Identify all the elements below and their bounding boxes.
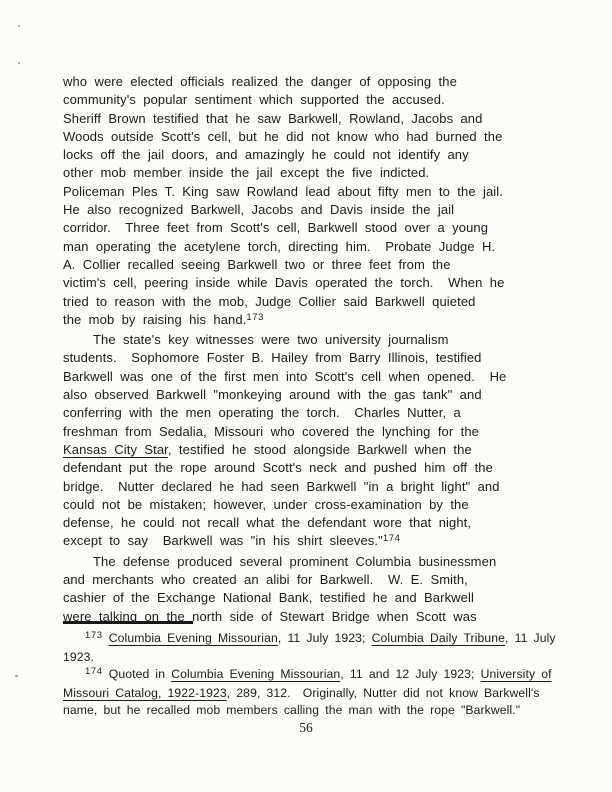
body-line: except to say Barkwell was "in his shirt… <box>63 532 583 552</box>
body-line: Sheriff Brown testified that he saw Bark… <box>63 110 583 128</box>
text-run: A. Collier recalled seeing Barkwell two … <box>63 257 451 272</box>
text-run: also observed Barkwell "monkeying around… <box>63 387 482 402</box>
body-line: the mob by raising his hand.173 <box>63 311 583 331</box>
underlined-title: Kansas City Star <box>63 442 168 457</box>
footnote-line: Missouri Catalog, 1922-1923, 289, 312. O… <box>63 685 573 703</box>
footnotes: 173 Columbia Evening Missourian, 11 July… <box>63 630 573 720</box>
underlined-title: Columbia Evening Missourian <box>109 631 278 645</box>
text-run: , 11 July 1923; <box>278 631 372 645</box>
text-run: Woods outside Scott's cell, but he did n… <box>63 129 502 144</box>
text-run: and merchants who created an alibi for B… <box>63 572 468 587</box>
text-run: name, but he recalled mob members callin… <box>63 703 520 717</box>
superscript-number: 174 <box>383 533 401 544</box>
underlined-title: Columbia Evening Missourian <box>171 667 340 681</box>
body-line: tried to reason with the mob, Judge Coll… <box>63 293 583 311</box>
text-run: victim's cell, peering inside while Davi… <box>63 275 504 290</box>
footnote-line: 174 Quoted in Columbia Evening Missouria… <box>63 666 573 685</box>
underlined-title: Columbia Daily Tribune <box>372 631 505 645</box>
body-line: students. Sophomore Foster B. Hailey fro… <box>63 349 583 367</box>
text-run: , testified he stood alongside Barkwell … <box>168 442 472 457</box>
body-line: who were elected officials realized the … <box>63 73 583 91</box>
body-line: also observed Barkwell "monkeying around… <box>63 386 583 404</box>
text-run: The state's key witnesses were two unive… <box>93 332 449 347</box>
text-run: Sheriff Brown testified that he saw Bark… <box>63 111 482 126</box>
text-run: students. Sophomore Foster B. Hailey fro… <box>63 350 482 365</box>
text-run: tried to reason with the mob, Judge Coll… <box>63 294 475 309</box>
body-line: Woods outside Scott's cell, but he did n… <box>63 128 583 146</box>
footnote-line: 1923. <box>63 649 573 667</box>
text-run: conferring with the men operating the to… <box>63 405 461 420</box>
underlined-title: Missouri Catalog, 1922-1923 <box>63 686 227 700</box>
text-run: , 11 July <box>505 631 556 645</box>
text-run: 1923. <box>63 650 94 664</box>
superscript-number: 173 <box>85 630 103 641</box>
text-run: , 289, 312. Originally, Nutter did not k… <box>227 686 540 700</box>
body-line: corridor. Three feet from Scott's cell, … <box>63 219 583 237</box>
text-run: the mob by raising his hand. <box>63 312 246 327</box>
text-run: man operating the acetylene torch, direc… <box>63 239 495 254</box>
text-run: locks off the jail doors, and amazingly … <box>63 147 469 162</box>
body-line: locks off the jail doors, and amazingly … <box>63 146 583 164</box>
text-run: The defense produced several prominent C… <box>93 554 496 569</box>
text-run: cashier of the Exchange National Bank, t… <box>63 590 474 605</box>
text-run: other mob member inside the jail except … <box>63 165 429 180</box>
footnote-line: 173 Columbia Evening Missourian, 11 July… <box>63 630 573 649</box>
text-run: who were elected officials realized the … <box>63 74 457 89</box>
body-line: The defense produced several prominent C… <box>63 553 583 571</box>
body-line: defense, he could not recall what the de… <box>63 514 583 532</box>
body-text: who were elected officials realized the … <box>63 73 583 626</box>
text-run: He also recognized Barkwell, Jacobs and … <box>63 202 454 217</box>
body-line: bridge. Nutter declared he had seen Bark… <box>63 478 583 496</box>
body-line: Kansas City Star, testified he stood alo… <box>63 441 583 459</box>
body-line: conferring with the men operating the to… <box>63 404 583 422</box>
body-line: could not be mistaken; however, under cr… <box>63 496 583 514</box>
body-line: Barkwell was one of the first men into S… <box>63 368 583 386</box>
text-run: except to say Barkwell was "in his shirt… <box>63 533 383 548</box>
superscript-number: 173 <box>246 312 264 323</box>
text-run: Quoted in <box>103 667 172 681</box>
text-run: corridor. Three feet from Scott's cell, … <box>63 220 488 235</box>
body-line: The state's key witnesses were two unive… <box>63 331 583 349</box>
body-line: A. Collier recalled seeing Barkwell two … <box>63 256 583 274</box>
text-run: freshman from Sedalia, Missouri who cove… <box>63 424 479 439</box>
body-line: and merchants who created an alibi for B… <box>63 571 583 589</box>
footnote-line: name, but he recalled mob members callin… <box>63 702 573 720</box>
page-number: 56 <box>0 720 612 736</box>
body-line: cashier of the Exchange National Bank, t… <box>63 589 583 607</box>
text-run: could not be mistaken; however, under cr… <box>63 497 469 512</box>
text-run: Barkwell was one of the first men into S… <box>63 369 506 384</box>
text-run: bridge. Nutter declared he had seen Bark… <box>63 479 500 494</box>
scan-speck <box>15 675 18 677</box>
scan-speck <box>18 25 20 27</box>
body-line: victim's cell, peering inside while Davi… <box>63 274 583 292</box>
underlined-title: University of <box>481 667 552 681</box>
body-line: freshman from Sedalia, Missouri who cove… <box>63 423 583 441</box>
scan-speck <box>18 62 20 64</box>
body-line: man operating the acetylene torch, direc… <box>63 238 583 256</box>
text-run: , 11 and 12 July 1923; <box>340 667 480 681</box>
body-line: defendant put the rope around Scott's ne… <box>63 459 583 477</box>
superscript-number: 174 <box>85 666 103 677</box>
body-line: other mob member inside the jail except … <box>63 164 583 182</box>
footnote-separator <box>63 621 193 624</box>
text-run: Policeman Ples T. King saw Rowland lead … <box>63 184 503 199</box>
text-run: defense, he could not recall what the de… <box>63 515 471 530</box>
body-line: Policeman Ples T. King saw Rowland lead … <box>63 183 583 201</box>
body-line: He also recognized Barkwell, Jacobs and … <box>63 201 583 219</box>
text-run: defendant put the rope around Scott's ne… <box>63 460 493 475</box>
document-page: who were elected officials realized the … <box>0 0 612 792</box>
text-run: community's popular sentiment which supp… <box>63 92 445 107</box>
body-line: community's popular sentiment which supp… <box>63 91 583 109</box>
